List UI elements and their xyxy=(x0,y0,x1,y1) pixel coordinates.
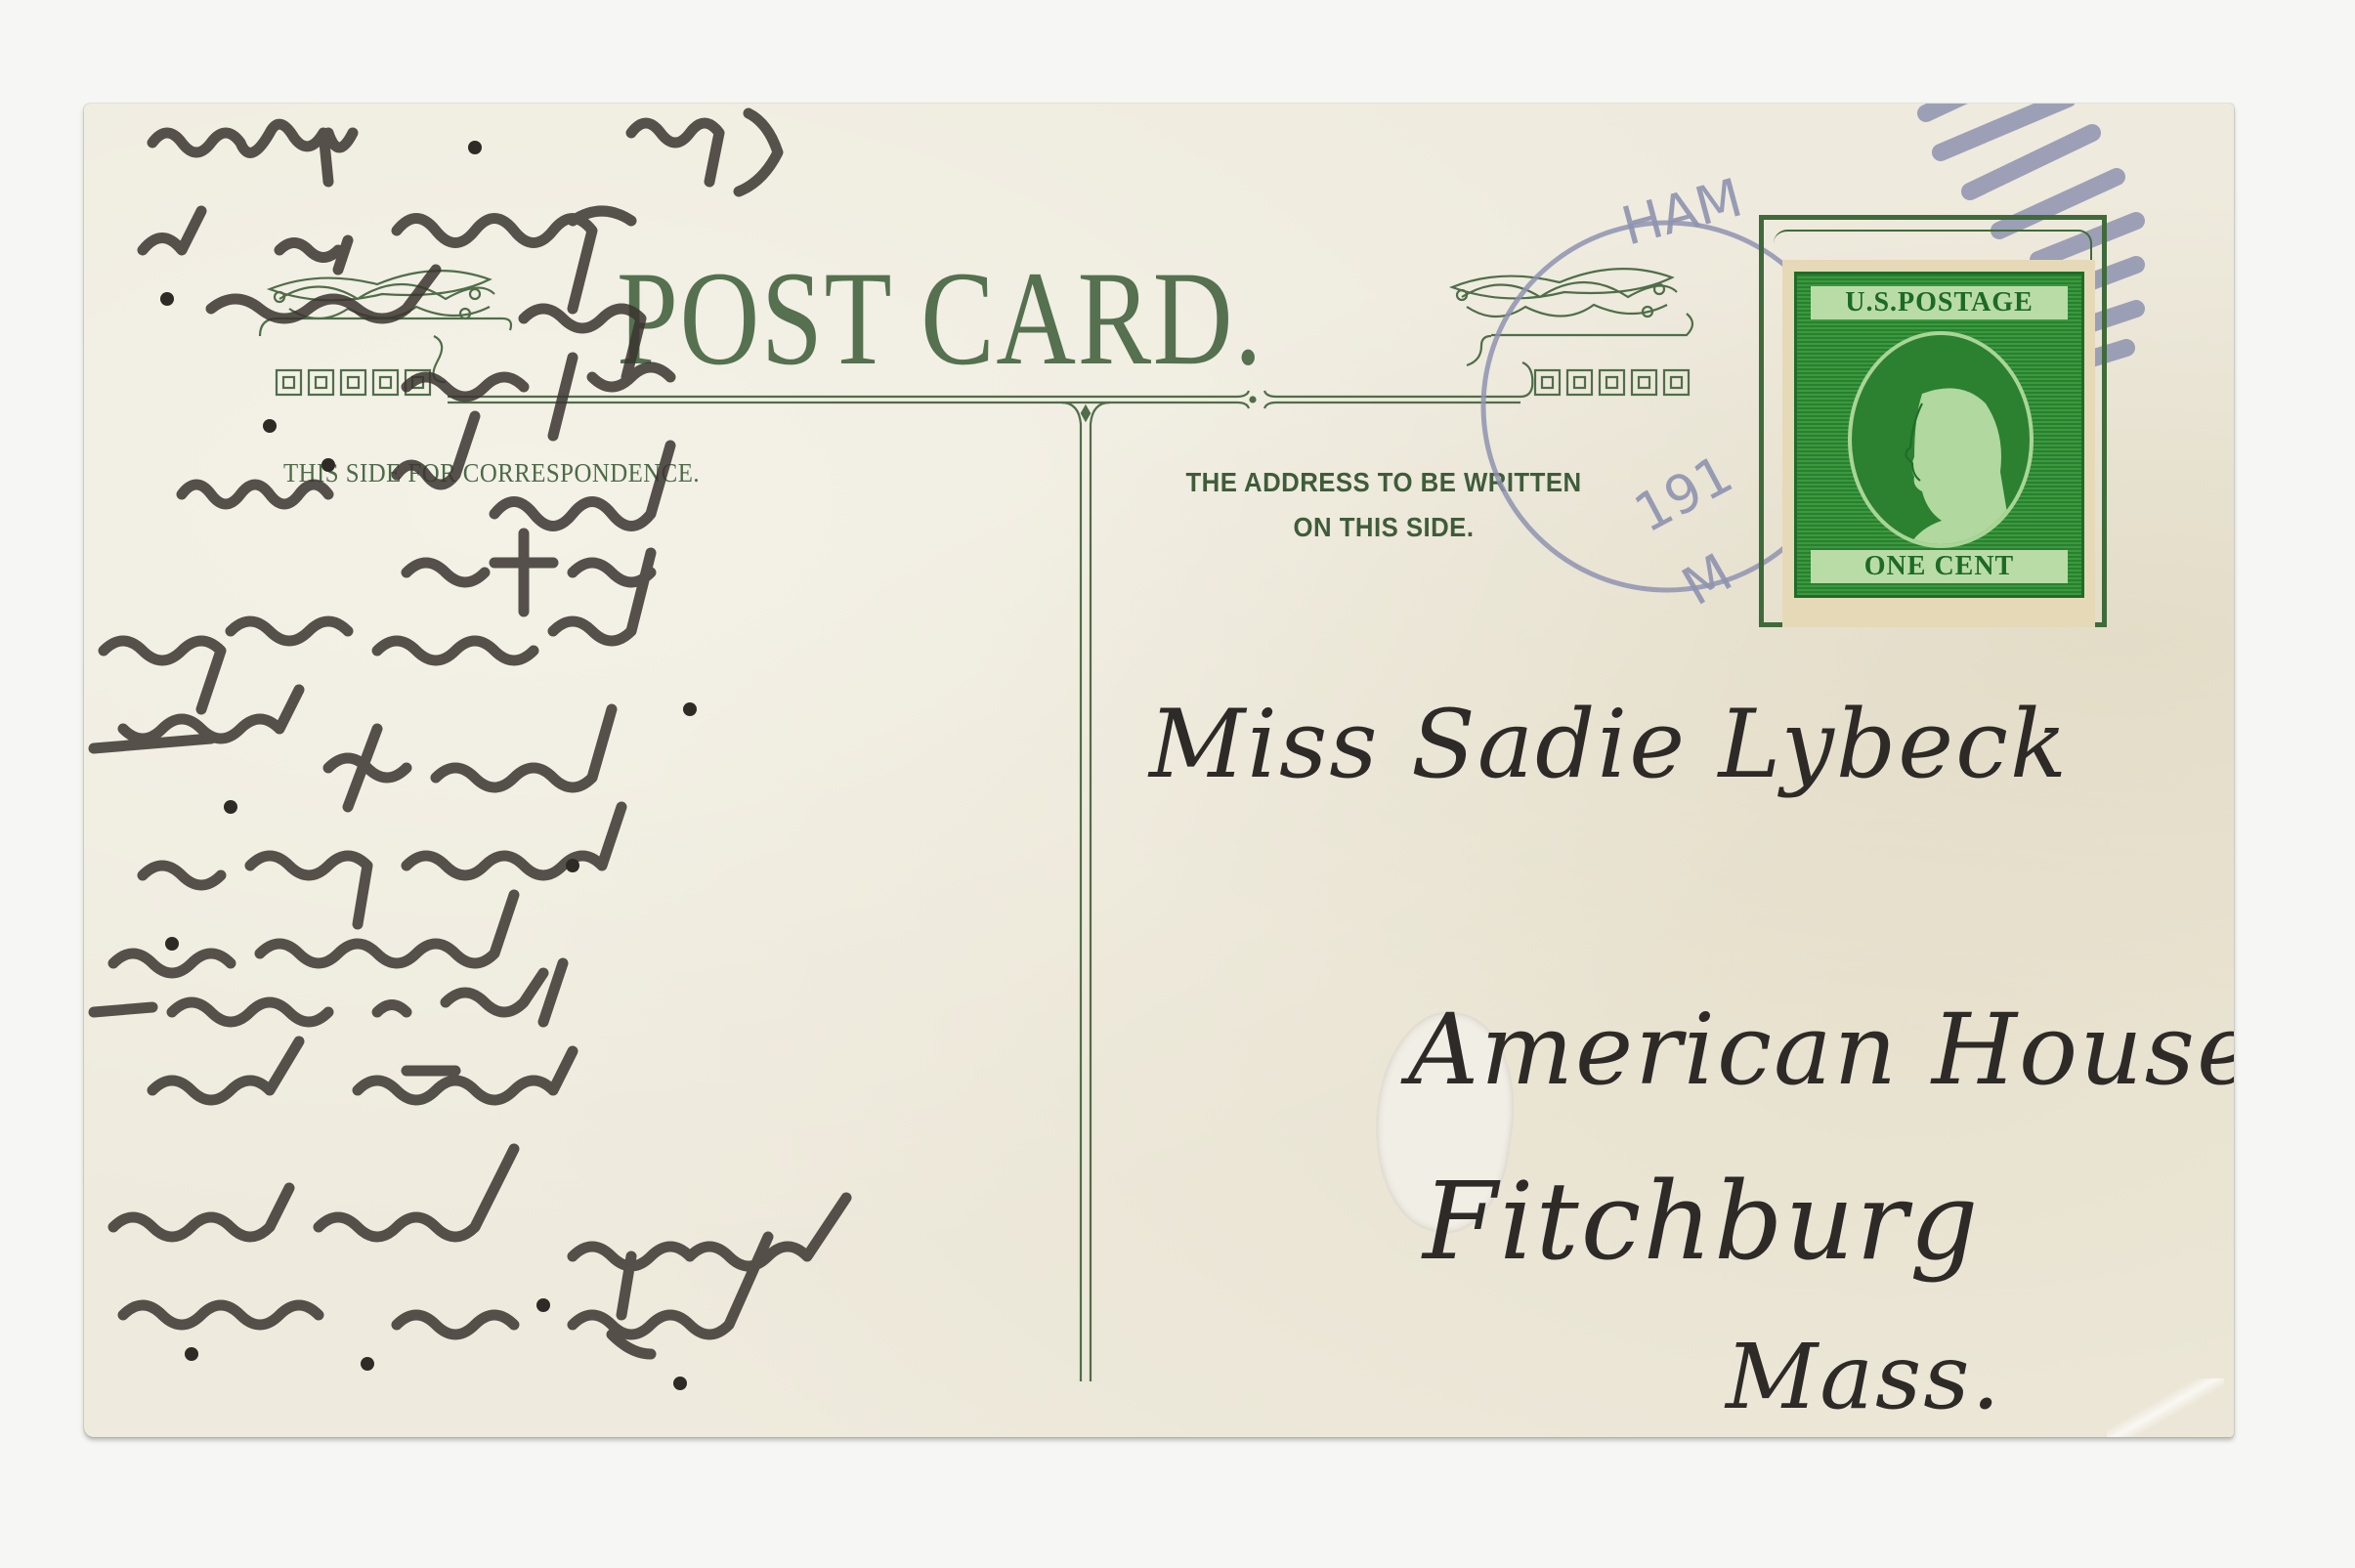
postcard: POST CARD. THIS SIDE FOR CORRESPONDENCE.… xyxy=(84,104,2234,1437)
corner-crease xyxy=(2107,1378,2224,1437)
handwritten-correspondence xyxy=(84,104,2234,1437)
